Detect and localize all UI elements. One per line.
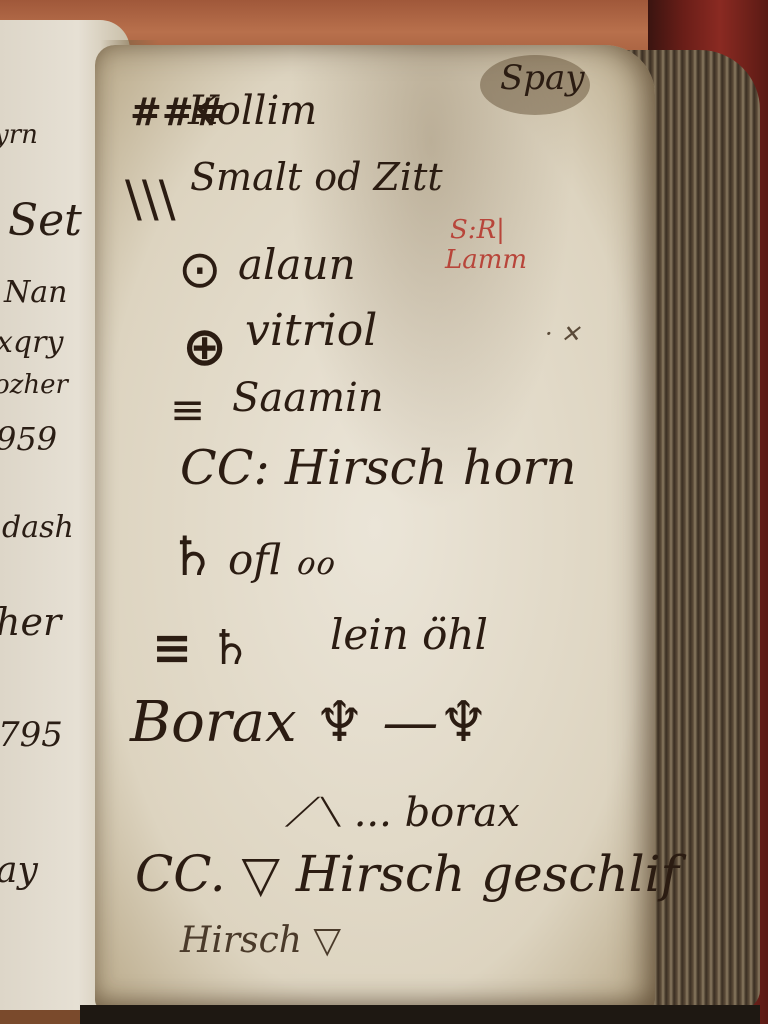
triple-line-symbol-icon: ≡: [170, 385, 205, 434]
entry-text: Smalt od Zitt: [190, 155, 443, 199]
left-page-fragment: ozher: [0, 370, 68, 400]
entry-text: lein öhl: [330, 610, 488, 659]
left-page-fragment: xqry: [0, 325, 63, 360]
line-saturn-symbol-icon: ≡ ♄: [152, 620, 252, 676]
margin-mark: · ✕: [545, 320, 580, 348]
entry-text: ofl ℴℴ: [228, 535, 333, 584]
circle-cross-symbol-icon: ⊕: [182, 315, 227, 378]
entry-text: ⟋⟍ ... borax: [285, 790, 520, 836]
entry-text: Hirsch ▽: [180, 920, 341, 961]
corner-mark: Spay: [500, 58, 585, 98]
circle-dot-symbol-icon: ⊙: [178, 240, 222, 300]
left-page-fragment: yrn: [0, 120, 38, 150]
entry-text: Borax ♆ —♆: [130, 690, 489, 755]
entry-text: Saamin: [232, 375, 384, 421]
left-page-fragment: Nan: [4, 275, 67, 310]
red-annotation-line: S:R|: [450, 215, 505, 245]
entry-text: Kollim: [188, 88, 317, 134]
left-page-fragment: ay: [0, 850, 38, 891]
entry-text: vitriol: [245, 305, 377, 356]
left-page-fragment: her: [0, 600, 61, 644]
book-bottom-edge: [80, 1005, 760, 1024]
hatch-symbol-icon: \\\: [125, 170, 176, 228]
left-page-fragment: dash: [2, 510, 74, 545]
saturn-symbol-icon: ♄: [168, 525, 216, 588]
entry-text: CC: Hirsch horn: [180, 440, 576, 496]
left-page-fragment: Set: [8, 195, 82, 246]
left-page-fragment: 959: [0, 420, 57, 458]
red-annotation-line: Lamm: [445, 245, 527, 275]
entry-text: CC. ▽ Hirsch geschlif: [135, 845, 679, 903]
entry-text: alaun: [238, 240, 356, 289]
left-page-fragment: 795: [0, 715, 63, 755]
